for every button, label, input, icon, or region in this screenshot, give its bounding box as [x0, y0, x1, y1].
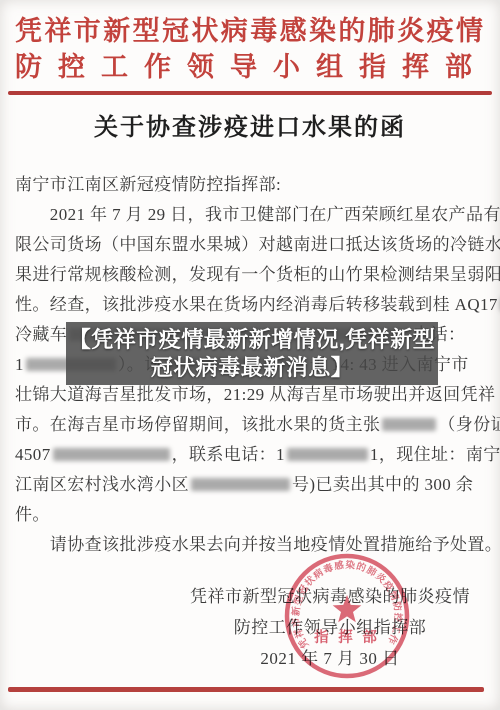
- body-text-line: 请协查该批涉疫水果去向并按当地疫情处置措施给予处置。: [15, 530, 489, 560]
- redacted-text: [382, 418, 436, 431]
- body-text-line: 件。: [15, 500, 489, 530]
- body-text-line: 果进行常规核酸检测，发现有一个货柜的山竹果检测结果呈弱阳: [15, 260, 489, 290]
- caption-overlay: 【凭祥市疫情最新新增情况,凭祥新型 冠状病毒最新消息】: [66, 322, 438, 385]
- body-text-line: 南宁市江南区新冠疫情防控指挥部:: [15, 170, 489, 200]
- caption-overlay-line1: 【凭祥市疫情最新新增情况,凭祥新型: [69, 326, 436, 354]
- official-seal: 凭祥市新型冠状病毒感染的肺炎疫情防控工作领导小组 指 挥 部: [282, 551, 412, 681]
- letterhead-line1: 凭祥市新型冠状病毒感染的肺炎疫情: [15, 14, 487, 48]
- body-text-line: 江南区宏村浅水湾小区号)已卖出其中的 300 余: [15, 470, 489, 500]
- seal-star: [333, 595, 362, 622]
- footer-divider-line: [8, 687, 484, 692]
- letterhead-line2: 防控工作领导小组指挥部: [15, 48, 487, 86]
- document-page: 凭祥市新型冠状病毒感染的肺炎疫情 防控工作领导小组指挥部 关于协查涉疫进口水果的…: [0, 0, 500, 710]
- body-text-line: 4507，联系电话：11，现住址：南宁: [15, 440, 489, 470]
- letterhead: 凭祥市新型冠状病毒感染的肺炎疫情 防控工作领导小组指挥部: [15, 14, 487, 86]
- body-text-line: 2021 年 7 月 29 日，我市卫健部门在广西荣顾红星农产品有: [15, 200, 489, 230]
- redacted-text: [287, 448, 368, 461]
- redacted-text: [53, 448, 170, 461]
- document-title: 关于协查涉疫进口水果的函: [0, 107, 500, 142]
- redacted-text: [191, 478, 290, 491]
- body-text-line: 限公司货场（中国东盟水果城）对越南进口抵达该货场的冷链水: [15, 230, 489, 260]
- seal-center-text: 指 挥 部: [314, 628, 380, 646]
- body-text-line: 市。在海吉星市场停留期间，该批水果的货主张（身份证：: [15, 410, 489, 440]
- letterhead-divider-line: [8, 91, 492, 95]
- body-text-line: 性。经查，该批涉疫水果在货场内经消毒后转移装载到桂 AQ17: [15, 290, 489, 320]
- caption-overlay-line2: 冠状病毒最新消息】: [151, 354, 354, 382]
